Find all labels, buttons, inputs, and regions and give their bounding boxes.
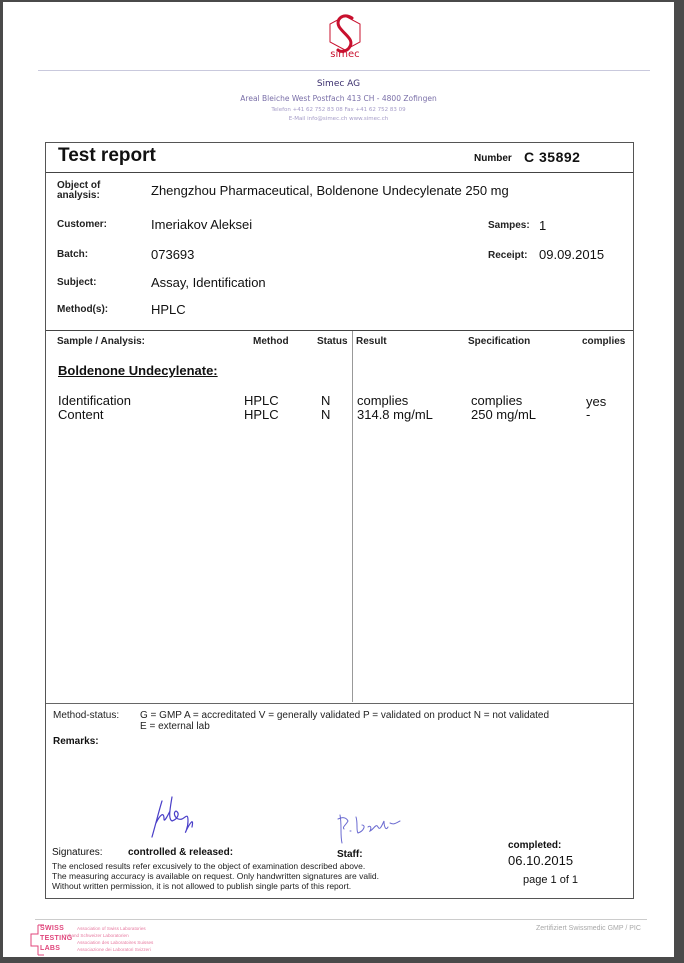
methods-value: HPLC [151,302,186,317]
method-status-label: Method-status: [53,710,119,721]
row-method: HPLC [244,393,279,408]
col-method: Method [253,336,289,347]
results-column-divider [352,331,353,702]
row-analysis: Identification [58,393,131,408]
col-specification: Specification [468,336,530,347]
certification-text: Zertifiziert Swissmedic GMP / PIC [536,925,641,932]
disclaimer-line: The enclosed results refer excusively to… [52,861,379,871]
receipt-label: Receipt: [488,250,527,261]
signatures-label: Signatures: [52,847,103,858]
subject-value: Assay, Identification [151,275,266,290]
logo-text: simec [322,49,368,60]
method-status-line1: G = GMP A = accreditated V = generally v… [140,710,549,721]
row-complies: - [586,407,590,422]
number-label: Number [474,153,512,164]
row-result: 314.8 mg/mL [357,407,433,422]
stl-word-labs: LABS [40,945,60,952]
page-number: page 1 of 1 [523,874,578,886]
disclaimer-text: The enclosed results refer excusively to… [52,861,379,891]
col-complies: complies [582,336,625,347]
staff-label: Staff: [337,849,363,860]
footer-divider [35,919,647,920]
remarks-label: Remarks: [53,736,99,747]
methods-label: Method(s): [57,304,108,315]
company-name: Simec AG [3,79,674,89]
controlled-released-label: controlled & released: [128,847,233,858]
samples-label: Sampes: [488,220,530,231]
results-bottom-divider [46,703,633,704]
object-label: Object of analysis: [57,181,100,201]
report-title: Test report [58,145,156,167]
swiss-testing-labs-logo: SWISS TESTING LABS Association of Swiss … [30,924,160,958]
col-status: Status [317,336,348,347]
staff-signature-icon [336,809,406,845]
header-divider [38,70,650,71]
method-status-legend: G = GMP A = accreditated V = generally v… [140,710,549,732]
subject-label: Subject: [57,277,96,288]
row-result: complies [357,393,408,408]
stl-description: Association of Swiss Laboratories [77,926,146,931]
col-sample-analysis: Sample / Analysis: [57,336,145,347]
test-report-box: Test report Number C 35892 Object of ana… [45,142,634,899]
report-number: C 35892 [524,149,580,165]
row-method: HPLC [244,407,279,422]
stl-description: Verband Schweizer Laboratorien [62,933,129,938]
completed-date: 06.10.2015 [508,853,573,868]
object-value: Zhengzhou Pharmaceutical, Boldenone Unde… [151,183,509,198]
completed-label: completed: [508,840,561,851]
company-email: E-Mail info@simec.ch www.simec.ch [3,116,674,122]
title-divider [46,172,633,173]
analyte-group-title: Boldenone Undecylenate: [58,363,218,378]
row-specification: 250 mg/mL [471,407,536,422]
receipt-value: 09.09.2015 [539,247,604,262]
batch-label: Batch: [57,249,88,260]
samples-value: 1 [539,218,546,233]
document-page: simec Simec AG Areal Bleiche West Postfa… [3,2,674,957]
stl-word-swiss: SWISS [40,925,64,932]
row-status: N [321,407,330,422]
row-specification: complies [471,393,522,408]
batch-value: 073693 [151,247,194,262]
details-divider [46,330,633,331]
method-status-line2: E = external lab [140,721,549,732]
disclaimer-line: The measuring accuracy is available on r… [52,871,379,881]
customer-label: Customer: [57,219,107,230]
disclaimer-line: Without written permission, it is not al… [52,881,379,891]
customer-value: Imeriakov Aleksei [151,217,252,232]
stl-description: Association des Laboratoires Suisses [77,940,153,945]
object-label-line2: analysis: [57,191,100,201]
col-result: Result [356,336,387,347]
row-analysis: Content [58,407,104,422]
company-address: Areal Bleiche West Postfach 413 CH - 480… [3,94,674,103]
stl-description: Associazione dei Laboratori Svizzeri [77,947,151,952]
company-telephone: Telefon +41 62 752 83 08 Fax +41 62 752 … [3,107,674,113]
controlled-signature-icon [146,793,206,841]
row-status: N [321,393,330,408]
